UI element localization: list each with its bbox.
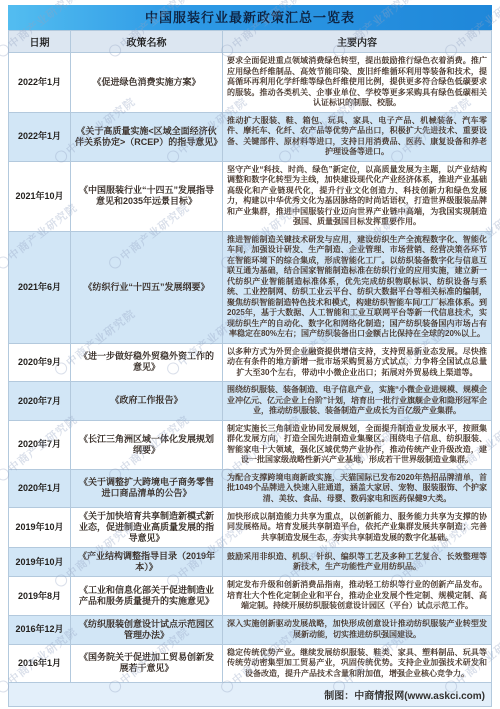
table-row: 2016年1月 《国务院关于促进加工贸易创新发展若干意见》 稳定传统优势产业。继… xyxy=(9,644,492,683)
policy-date: 2019年8月 xyxy=(9,577,71,616)
table-row: 2020年7月 《政府工作报告》 围绕纺织服装、装备制造、电子信息产业，实施“小… xyxy=(9,382,492,421)
policy-content: 要求全面促进重点领域消费绿色转型，提出鼓励推行绿色衣着消费。推广应用绿色纤维制品… xyxy=(223,53,492,113)
table-row: 2016年12月 《纺织服装创意设计试点示范园区管理办法》 深入实施创新驱动发展… xyxy=(9,615,492,644)
col-header-policy: 政策名称 xyxy=(71,31,223,53)
policy-date: 2020年1月 xyxy=(9,469,71,508)
table-row: 2022年1月 《促进绿色消费实施方案》 要求全面促进重点领域消费绿色转型，提出… xyxy=(9,53,492,113)
policy-content: 加快形成以制造能力共享为重点，以创新能力、服务能力共享为支撑的协同发展格局。培育… xyxy=(223,508,492,548)
table-row: 2020年1月 《关于调整扩大跨境电子商务零售进口商品清单的公告》 为配合支撑跨… xyxy=(9,469,492,508)
header-row: 日期 政策名称 主要内容 xyxy=(9,31,492,53)
policy-name: 《关于调整扩大跨境电子商务零售进口商品清单的公告》 xyxy=(71,469,223,508)
policy-content: 围绕纺织服装、装备制造、电子信息产业，实施“小微企业进规模、规模企业冲亿元、亿元… xyxy=(223,382,492,421)
col-header-date: 日期 xyxy=(9,31,71,53)
policy-content: 为配合支撑跨境电商新政实施，天猫国际已发布2020年热招品牌清单，首批1049个… xyxy=(223,469,492,508)
credit-line: 制图：中商情报网(www.askci.com) xyxy=(8,683,492,707)
table-row: 2022年1月 《关于高质量实施<区域全面经济伙伴关系协定>（RCEP）的指导意… xyxy=(9,112,492,161)
policy-name: 《进一步做好稳外贸稳外资工作的意见》 xyxy=(71,343,223,382)
table-row: 2019年8月 《工业和信息化部关于促进制造业产品和服务质量提升的实施意见》 制… xyxy=(9,577,492,616)
policy-content: 以多种方式为外贸企业融资提供增信支持，支持贸易新业态发展。尽快推动在有条件的地方… xyxy=(223,343,492,382)
table-row: 2019年10月 《关于加快培育共享制造新模式新业态，促进制造业高质量发展的指导… xyxy=(9,508,492,548)
policy-name: 《工业和信息化部关于促进制造业产品和服务质量提升的实施意见》 xyxy=(71,577,223,616)
policy-name: 《国务院关于促进加工贸易创新发展若干意见》 xyxy=(71,644,223,683)
policy-name: 《政府工作报告》 xyxy=(71,382,223,421)
policy-content: 稳定传统优势产业。继续发展纺织服装、鞋类、家具、塑料制品、玩具等传统劳动密集型加… xyxy=(223,644,492,683)
table-row: 2020年7月 《长江三角洲区域一体化发展规划纲要》 制定实施长三角制造业协同发… xyxy=(9,420,492,469)
page: 中国服装行业最新政策汇总一览表 日期 政策名称 主要内容 2022年1月 《促进… xyxy=(0,0,500,709)
col-header-content: 主要内容 xyxy=(223,31,492,53)
policy-name: 《纺织服装创意设计试点示范园区管理办法》 xyxy=(71,615,223,644)
policy-date: 2022年1月 xyxy=(9,53,71,113)
page-title: 中国服装行业最新政策汇总一览表 xyxy=(8,5,492,30)
policy-name: 《长江三角洲区域一体化发展规划纲要》 xyxy=(71,420,223,469)
policy-date: 2021年6月 xyxy=(9,231,71,343)
policy-table: 日期 政策名称 主要内容 2022年1月 《促进绿色消费实施方案》 要求全面促进… xyxy=(8,30,492,683)
policy-date: 2020年9月 xyxy=(9,343,71,382)
policy-name: 《产业结构调整指导目录（2019年本）》 xyxy=(71,548,223,577)
table-row: 2019年10月 《产业结构调整指导目录（2019年本）》 鼓励采用非织造、机织… xyxy=(9,548,492,577)
table-row: 2020年9月 《进一步做好稳外贸稳外资工作的意见》 以多种方式为外贸企业融资提… xyxy=(9,343,492,382)
policy-content: 鼓励采用非织造、机织、针织、编织等工艺及多种工艺复合、长效整理等新技术，生产功能… xyxy=(223,548,492,577)
policy-name: 《促进绿色消费实施方案》 xyxy=(71,53,223,113)
policy-content: 制定发布升级和创新消费品指南，推动轻工纺织等行业的创新产品发布。培育壮大个性化定… xyxy=(223,577,492,616)
policy-name: 《中国服装行业“十四五”发展指导意见和2035年远景目标》 xyxy=(71,161,223,231)
policy-date: 2019年10月 xyxy=(9,548,71,577)
policy-content: 坚守产业“科技、时尚、绿色”新定位，以高质量发展为主题，以产业结构调整和数字化转… xyxy=(223,161,492,231)
policy-date: 2020年7月 xyxy=(9,382,71,421)
policy-name: 《关于加快培育共享制造新模式新业态，促进制造业高质量发展的指导意见》 xyxy=(71,508,223,548)
policy-content: 推进智能制造关键技术研发与应用，建设纺织生产全流程数字化、智能化车间，加强设计研… xyxy=(223,231,492,343)
table-row: 2021年6月 《纺织行业“十四五”发展纲要》 推进智能制造关键技术研发与应用，… xyxy=(9,231,492,343)
policy-name: 《纺织行业“十四五”发展纲要》 xyxy=(71,231,223,343)
table-row: 2021年10月 《中国服装行业“十四五”发展指导意见和2035年远景目标》 坚… xyxy=(9,161,492,231)
policy-date: 2016年1月 xyxy=(9,644,71,683)
policy-date: 2020年7月 xyxy=(9,420,71,469)
policy-content: 推动扩大服装、鞋、箱包、玩具、家具、电子产品、机械装备、汽车零件、摩托车、化纤、… xyxy=(223,112,492,161)
policy-content: 制定实施长三角制造业协同发展规划，全面提升制造业发展水平，按照集群化发展方向，打… xyxy=(223,420,492,469)
policy-date: 2016年12月 xyxy=(9,615,71,644)
policy-date: 2021年10月 xyxy=(9,161,71,231)
policy-content: 深入实施创新驱动发展战略，加快形成创意设计推动纺织服装产业转型发展新动能，切实推… xyxy=(223,615,492,644)
policy-name: 《关于高质量实施<区域全面经济伙伴关系协定>（RCEP）的指导意见》 xyxy=(71,112,223,161)
policy-table-sheet: 中国服装行业最新政策汇总一览表 日期 政策名称 主要内容 2022年1月 《促进… xyxy=(8,5,492,707)
policy-date: 2022年1月 xyxy=(9,112,71,161)
policy-date: 2019年10月 xyxy=(9,508,71,548)
